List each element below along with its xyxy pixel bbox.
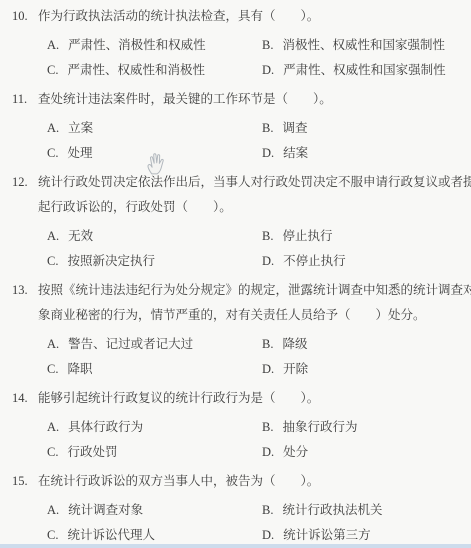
question-text: 能够引起统计行政复议的统计行政行为是（ ）。 (38, 386, 319, 411)
question-text-continued: 象商业秘密的行为，情节严重的，对有关责任人员给予（ ）处分。 (12, 303, 463, 328)
options-grid: A.立案 B.调查 C.处理 D.结案 (12, 116, 463, 166)
options-grid: A.统计调查对象 B.统计行政执法机关 C.统计诉讼代理人 D.统计诉讼第三方 (12, 498, 463, 548)
question-15: 15. 在统计行政诉讼的双方当事人中，被告为（ ）。 A.统计调查对象 B.统计… (12, 469, 463, 548)
question-number: 14. (12, 386, 38, 411)
question-13: 13. 按照《统计违法违纪行为处分规定》的规定，泄露统计调查中知悉的统计调查对 … (12, 278, 463, 382)
question-number: 10. (12, 4, 38, 29)
option-c: C.行政处罚 (47, 440, 262, 465)
option-c: C.按照新决定执行 (47, 249, 262, 274)
option-a: A.统计调查对象 (47, 498, 262, 523)
option-a: A.具体行政行为 (47, 415, 262, 440)
option-a: A.无效 (47, 224, 262, 249)
question-11: 11. 查处统计违法案件时，最关键的工作环节是（ ）。 A.立案 B.调查 C.… (12, 87, 463, 166)
question-number: 15. (12, 469, 38, 494)
question-text: 在统计行政诉讼的双方当事人中，被告为（ ）。 (38, 469, 319, 494)
question-number: 13. (12, 278, 38, 303)
option-c: C.降职 (47, 357, 262, 382)
option-a: A.立案 (47, 116, 262, 141)
options-grid: A.警告、记过或者记大过 B.降级 C.降职 D.开除 (12, 332, 463, 382)
question-text: 按照《统计违法违纪行为处分规定》的规定，泄露统计调查中知悉的统计调查对 (38, 278, 471, 303)
question-12: 12. 统计行政处罚决定依法作出后，当事人对行政处罚决定不服申请行政复议或者提 … (12, 170, 463, 274)
question-10: 10. 作为行政执法活动的统计执法检查，具有（ ）。 A.严肃性、消极性和权威性… (12, 4, 463, 83)
question-number: 11. (12, 87, 38, 112)
options-grid: A.严肃性、消极性和权威性 B.消极性、权威性和国家强制性 C.严肃性、权威性和… (12, 33, 463, 83)
option-b: B.统计行政执法机关 (262, 498, 382, 523)
exam-page: 10. 作为行政执法活动的统计执法检查，具有（ ）。 A.严肃性、消极性和权威性… (0, 0, 471, 548)
option-d: D.开除 (262, 357, 308, 382)
option-d: D.不停止执行 (262, 249, 346, 274)
option-c: C.处理 (47, 141, 262, 166)
option-d: D.严肃性、权威性和国家强制性 (262, 58, 446, 83)
option-b: B.抽象行政行为 (262, 415, 357, 440)
question-text-continued: 起行政诉讼的，行政处罚（ ）。 (12, 195, 463, 220)
option-a: A.严肃性、消极性和权威性 (47, 33, 262, 58)
option-a: A.警告、记过或者记大过 (47, 332, 262, 357)
option-b: B.降级 (262, 332, 307, 357)
question-14: 14. 能够引起统计行政复议的统计行政行为是（ ）。 A.具体行政行为 B.抽象… (12, 386, 463, 465)
options-grid: A.具体行政行为 B.抽象行政行为 C.行政处罚 D.处分 (12, 415, 463, 465)
option-d: D.结案 (262, 141, 308, 166)
options-grid: A.无效 B.停止执行 C.按照新决定执行 D.不停止执行 (12, 224, 463, 274)
option-b: B.停止执行 (262, 224, 332, 249)
option-d: D.处分 (262, 440, 308, 465)
window-bottom-edge (0, 544, 471, 548)
option-b: B.调查 (262, 116, 307, 141)
option-c: C.严肃性、权威性和消极性 (47, 58, 262, 83)
question-text: 查处统计违法案件时，最关键的工作环节是（ ）。 (38, 87, 332, 112)
question-text: 统计行政处罚决定依法作出后，当事人对行政处罚决定不服申请行政复议或者提 (38, 170, 471, 195)
option-b: B.消极性、权威性和国家强制性 (262, 33, 445, 58)
question-number: 12. (12, 170, 38, 195)
question-text: 作为行政执法活动的统计执法检查，具有（ ）。 (38, 4, 319, 29)
